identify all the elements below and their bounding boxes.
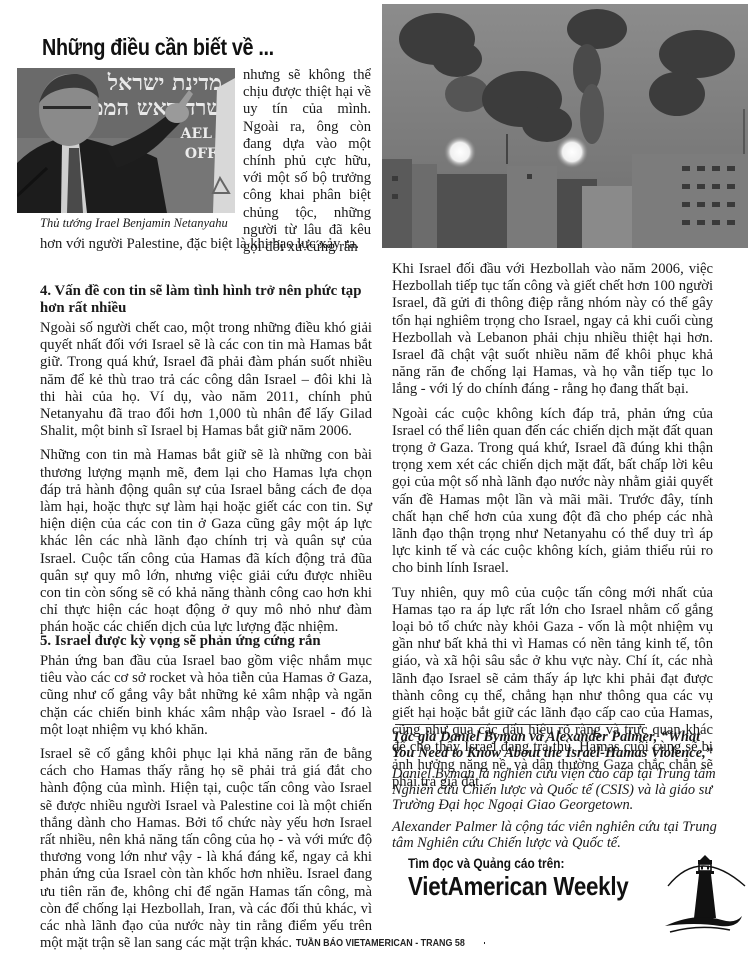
section-israel-response: 5. Israel được kỳ vọng sẽ phản ứng cứng … — [40, 633, 372, 959]
footer-rule-left — [275, 942, 276, 944]
intro-tail-text: hơn với người Palestine, đặc biệt là khi… — [40, 236, 380, 253]
promo-brand: VietAmerican Weekly — [408, 872, 683, 900]
author-credits: Tác giả Daniel Byman và Alexander Palmer… — [392, 730, 717, 857]
footer-rule-right — [484, 942, 485, 944]
section-heading: 5. Israel được kỳ vọng sẽ phản ứng cứng … — [40, 633, 372, 650]
page-title: Những điều cần biết về ... — [42, 34, 274, 61]
paragraph: Israel sẽ cố gắng khôi phục lại khả năng… — [40, 746, 372, 952]
gaza-airstrike-photo — [382, 4, 748, 248]
netanyahu-photo: מדינת ישראל שרד ראש הממש AEL OFF — [17, 68, 235, 213]
photo-caption: Thủ tướng Irael Benjamin Netanyahu — [40, 216, 240, 231]
author-bio: Daniel Byman là nghiên cứu viện cao cấp … — [392, 767, 717, 814]
paragraph: Khi Israel đối đầu với Hezbollah vào năm… — [392, 261, 713, 399]
section-hostages: 4. Vấn đề con tin sẽ làm tình hình trở n… — [40, 283, 372, 644]
footer-text: TUẦN BÁO VIETAMERICAN - TRANG 58 — [296, 937, 465, 949]
page-footer: TUẦN BÁO VIETAMERICAN - TRANG 58 — [275, 937, 485, 949]
promo-banner: Tìm đọc và Quảng cáo trên: VietAmerican … — [408, 856, 728, 936]
intro-wrap-text: nhưng sẽ không thể chịu được thiệt hại v… — [243, 67, 371, 256]
right-column: Khi Israel đối đầu với Hezbollah vào năm… — [392, 261, 713, 798]
section-heading: 4. Vấn đề con tin sẽ làm tình hình trở n… — [40, 283, 372, 317]
svg-text:OFF: OFF — [185, 146, 217, 162]
paragraph: Ngoài số người chết cao, một trong những… — [40, 320, 372, 440]
paragraph: Những con tin mà Hamas bắt giữ sẽ là nhữ… — [40, 447, 372, 636]
svg-text:מדינת ישראל: מדינת ישראל — [107, 70, 222, 96]
lighthouse-icon — [660, 846, 750, 936]
credits-divider — [395, 724, 645, 725]
paragraph: Ngoài các cuộc không kích đáp trả, phản … — [392, 406, 713, 578]
credit-title: Tác giả Daniel Byman và Alexander Palmer… — [392, 730, 717, 761]
paragraph: Phản ứng ban đầu của Israel bao gồm việc… — [40, 653, 372, 739]
promo-tagline: Tìm đọc và Quảng cáo trên: — [408, 856, 690, 871]
svg-text:AEL: AEL — [180, 126, 213, 142]
